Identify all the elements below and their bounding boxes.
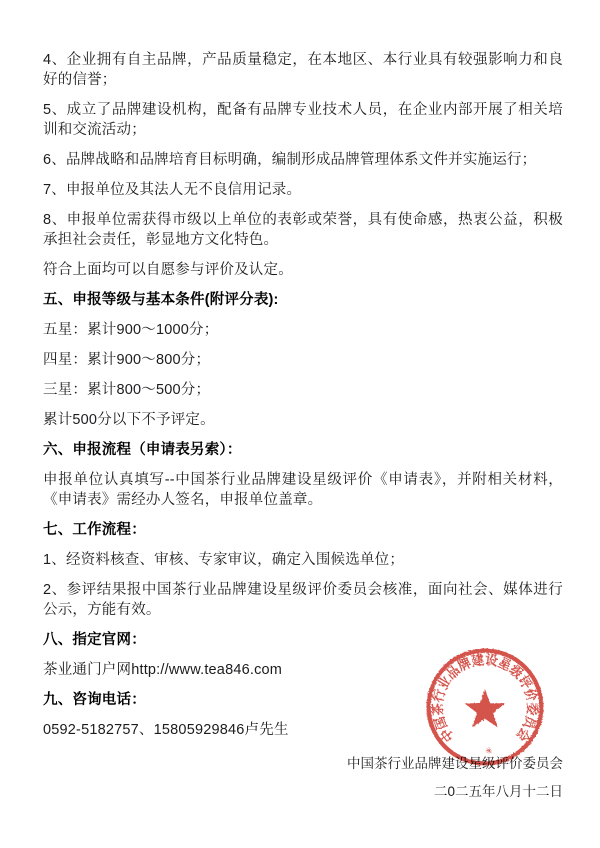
clause-6: 6、品牌战略和品牌培育目标明确，编制形成品牌管理体系文件并实施运行； — [43, 150, 563, 170]
workflow-step-1: 1、经资料核查、审核、专家审议，确定入围候选单位； — [43, 550, 563, 570]
three-star-criteria: 三星：累计800～500分； — [43, 380, 563, 400]
document-page: 4、企业拥有自主品牌，产品质量稳定，在本地区、本行业具有较强影响力和良好的信誉；… — [0, 0, 600, 848]
section-7-heading: 七、工作流程： — [43, 520, 563, 540]
section-5-heading: 五、申报等级与基本条件(附评分表): — [43, 290, 563, 310]
official-website: 茶业通门户网http://www.tea846.com — [43, 660, 563, 680]
clause-5: 5、成立了品牌建设机构，配备有品牌专业技术人员，在企业内部开展了相关培训和交流活… — [43, 100, 563, 140]
clause-8: 8、申报单位需获得市级以上单位的表彰或荣誉，具有使命感，热衷公益，积极承担社会责… — [43, 210, 563, 250]
section-8-heading: 八、指定官网： — [43, 630, 563, 650]
signature-date: 二0二五年八月十二日 — [347, 778, 563, 806]
contact-phone: 0592-5182757、15805929846卢先生 — [43, 720, 563, 740]
section-9-heading: 九、咨询电话： — [43, 690, 563, 710]
committee-name: 中国茶行业品牌建设星级评价委员会 — [347, 750, 563, 778]
voluntary-note: 符合上面均可以自愿参与评价及认定。 — [43, 260, 563, 280]
four-star-criteria: 四星：累计900～800分； — [43, 350, 563, 370]
clause-4: 4、企业拥有自主品牌，产品质量稳定，在本地区、本行业具有较强影响力和良好的信誉； — [43, 50, 563, 90]
document-body: 4、企业拥有自主品牌，产品质量稳定，在本地区、本行业具有较强影响力和良好的信誉；… — [43, 50, 563, 750]
application-process: 申报单位认真填写--中国茶行业品牌建设星级评价《申请表》，并附相关材料，《申请表… — [43, 470, 563, 510]
workflow-step-2: 2、参评结果报中国茶行业品牌建设星级评价委员会核准，面向社会、媒体进行公示，方能… — [43, 580, 563, 620]
section-6-heading: 六、申报流程（申请表另索）： — [43, 440, 563, 460]
five-star-criteria: 五星：累计900～1000分； — [43, 320, 563, 340]
clause-7: 7、申报单位及其法人无不良信用记录。 — [43, 180, 563, 200]
signature-block: 中国茶行业品牌建设星级评价委员会 二0二五年八月十二日 — [347, 750, 563, 806]
below-500-note: 累计500分以下不予评定。 — [43, 410, 563, 430]
